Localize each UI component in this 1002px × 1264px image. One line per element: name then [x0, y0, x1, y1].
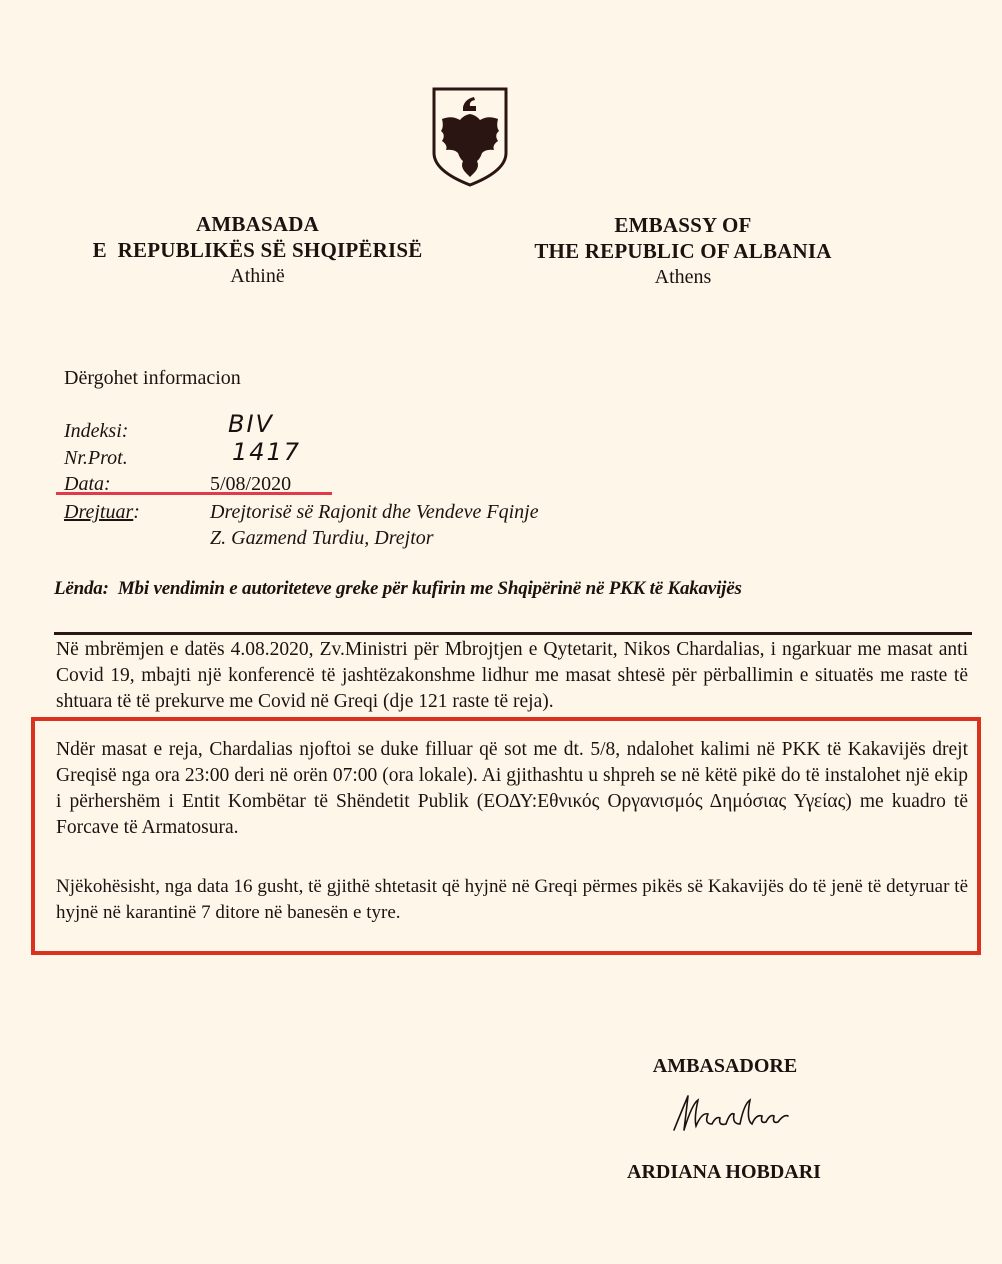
protocol-number-handwritten: 1417: [232, 438, 301, 466]
header-right-line1: EMBASSY OF: [505, 212, 861, 238]
subject-text: Mbi vendimin e autoriteteve greke për ku…: [118, 578, 742, 599]
handwritten-signature-icon: [668, 1090, 808, 1140]
addressed-to-label: Drejtuar:: [64, 501, 140, 524]
albanian-eagle-shield-icon: [432, 87, 508, 187]
sent-info-line: Dërgohet informacion: [64, 367, 241, 390]
header-left-line1: AMBASADA: [60, 211, 455, 237]
index-value-handwritten: BIV: [228, 410, 274, 438]
addressed-to-colon: :: [133, 501, 140, 523]
header-left-line2: E REPUBLIKËS SË SHQIPËRISË: [60, 237, 455, 263]
index-label: Indeksi:: [64, 420, 128, 443]
date-highlight-underline: [56, 492, 332, 495]
addressed-to-person: Z. Gazmend Turdiu, Drejtor: [210, 527, 434, 550]
addressed-to-label-text: Drejtuar: [64, 501, 133, 523]
embassy-header-albanian: AMBASADA E REPUBLIKËS SË SHQIPËRISË Athi…: [60, 211, 455, 289]
header-left-city: Athinë: [60, 263, 455, 289]
body-paragraph-2: Ndër masat e reja, Chardalias njoftoi se…: [56, 737, 968, 841]
body-paragraph-1: Në mbrëmjen e datës 4.08.2020, Zv.Minist…: [56, 637, 968, 715]
signatory-title: AMBASADORE: [600, 1055, 850, 1078]
addressed-to-department: Drejtorisë së Rajonit dhe Vendeve Fqinje: [210, 501, 539, 524]
horizontal-rule: [54, 632, 972, 635]
subject-label: Lënda:: [54, 578, 109, 599]
signatory-name: ARDIANA HOBDARI: [590, 1161, 858, 1184]
header-right-city: Athens: [505, 264, 861, 290]
subject-line: Lënda: Mbi vendimin e autoriteteve greke…: [54, 578, 742, 600]
body-paragraph-3: Njëkohësisht, nga data 16 gusht, të gjit…: [56, 874, 968, 926]
protocol-number-label: Nr.Prot.: [64, 447, 128, 470]
header-right-line2: THE REPUBLIC OF ALBANIA: [505, 238, 861, 264]
embassy-header-english: EMBASSY OF THE REPUBLIC OF ALBANIA Athen…: [505, 212, 861, 290]
